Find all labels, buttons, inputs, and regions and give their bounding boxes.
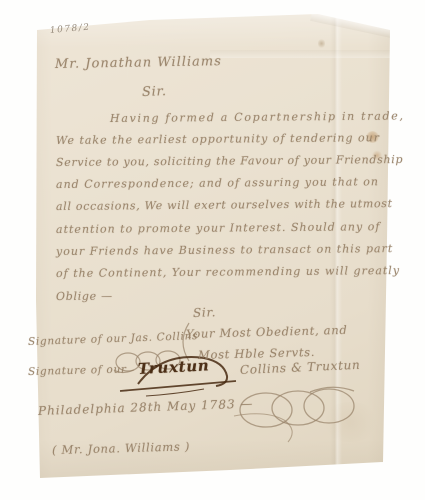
signature-note-truxtun: Signature of our: [28, 363, 127, 378]
body-line: Having formed a Copartnership in trade,: [110, 109, 405, 125]
closing-sir: Sir.: [193, 305, 217, 320]
date-tail-flourish: [232, 408, 302, 448]
photo-backdrop: 1078/2 Mr. Jonathan Williams Sir. Having…: [0, 0, 425, 500]
body-line: Oblige —: [56, 290, 113, 303]
truxtun-signature: Truxtun: [138, 356, 210, 378]
salutation: Sir.: [142, 84, 167, 100]
top-fold-crease: [210, 50, 390, 58]
ink-speck: [318, 38, 325, 49]
recipient-line: Mr. Jonathan Williams: [55, 54, 222, 72]
